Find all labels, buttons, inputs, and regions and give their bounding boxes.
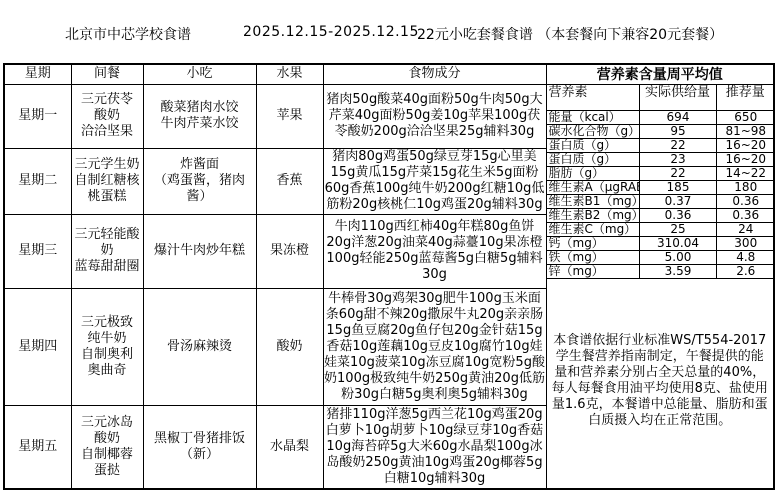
menu-cell-snack-drink: 三元冰岛 酸奶 自制椰蓉 蛋挞 — [71, 405, 143, 489]
weekly-menu-table: 星期 间餐 小吃 水果 食物成分 营养素含量周平均值 营养素 实际供给量 推荐量… — [3, 63, 775, 490]
recommended-value: 0.36 — [717, 194, 775, 208]
nutrient-label: 维生素C（mg） — [547, 222, 640, 236]
page-caption: 北京市中芯学校食谱 2025.12.15-2025.12.15 22元小吃套餐食… — [0, 24, 776, 42]
actual-value: 22 — [640, 138, 717, 152]
menu-cell-snack-drink: 三元学生奶 自制红糖核 桃蛋糕 — [71, 148, 143, 214]
recommended-value: 2.6 — [717, 264, 775, 278]
nutrition-row: 脂肪（g）2214~22 — [547, 166, 775, 180]
nutrition-note: 本食谱依据行业标准WS/T554-2017学生餐营养指南制定，午餐提供的能量和营… — [547, 333, 774, 429]
menu-cell-day: 星期四 — [4, 288, 71, 405]
menu-cell-day: 星期二 — [4, 148, 71, 214]
actual-col-header: 实际供给量 — [640, 85, 717, 110]
header-snack: 小吃 — [143, 64, 256, 84]
recommended-value: 14~22 — [717, 166, 775, 180]
nutrient-label: 脂肪（g） — [547, 166, 640, 180]
nutrient-label: 维生素A（μgRAE） — [547, 180, 640, 194]
nutrition-row: 维生素C（mg）2524 — [547, 222, 775, 236]
actual-value: 95 — [640, 124, 717, 138]
menu-cell-day: 星期三 — [4, 214, 71, 288]
menu-cell-snack-drink: 三元极致 纯牛奶 自制奥利 奥曲奇 — [71, 288, 143, 405]
recommended-value: 24 — [717, 222, 775, 236]
menu-header-row: 星期 间餐 小吃 水果 食物成分 营养素含量周平均值 营养素 实际供给量 推荐量… — [4, 64, 774, 84]
nutrition-header-row: 营养素 实际供给量 推荐量 — [547, 85, 775, 110]
nutrition-row: 维生素A（μgRAE）185180 — [547, 180, 775, 194]
menu-cell-ingredients: 牛肉110g西红柿40g年糕80g鱼饼20g洋葱20g油菜40g蒜薹10g果冻橙… — [323, 214, 546, 288]
menu-cell-snack-drink: 三元轻能酸 奶 蓝莓甜甜圈 — [71, 214, 143, 288]
header-ingredients: 食物成分 — [323, 64, 546, 84]
nutrient-label: 碳水化合物（g） — [547, 124, 640, 138]
actual-value: 694 — [640, 110, 717, 124]
menu-cell-fruit: 苹果 — [256, 84, 323, 148]
header-fruit: 水果 — [256, 64, 323, 84]
nutrition-row: 铁（mg）5.004.8 — [547, 250, 775, 264]
menu-cell-day: 星期一 — [4, 84, 71, 148]
nutrient-label: 铁（mg） — [547, 250, 640, 264]
actual-value: 185 — [640, 180, 717, 194]
school-title: 北京市中芯学校食谱 — [65, 24, 191, 44]
menu-cell-snack: 爆汁牛肉炒年糕 — [143, 214, 256, 288]
actual-value: 0.37 — [640, 194, 717, 208]
menu-cell-fruit: 果冻橙 — [256, 214, 323, 288]
menu-cell-snack: 黑椒丁骨猪排饭 （新） — [143, 405, 256, 489]
recommended-value: 16~20 — [717, 138, 775, 152]
nutrient-label: 维生素B2（mg） — [547, 208, 640, 222]
actual-value: 5.00 — [640, 250, 717, 264]
nutrition-panel: 营养素含量周平均值 营养素 实际供给量 推荐量 能量（kcal）694650 碳… — [546, 64, 774, 489]
nutrient-label: 锌（mg） — [547, 264, 640, 278]
menu-cell-snack: 炸酱面 （鸡蛋酱，猪肉 酱） — [143, 148, 256, 214]
menu-cell-day: 星期五 — [4, 405, 71, 489]
nutrient-label: 能量（kcal） — [547, 110, 640, 124]
menu-cell-snack: 骨汤麻辣烫 — [143, 288, 256, 405]
recommended-value: 4.8 — [717, 250, 775, 264]
menu-cell-ingredients: 猪排110g洋葱5g西兰花10g鸡蛋20g白萝卜10g胡萝卜10g绿豆芽10g香… — [323, 405, 546, 489]
menu-cell-fruit: 香蕉 — [256, 148, 323, 214]
nutrition-panel-title: 营养素含量周平均值 — [547, 65, 774, 85]
menu-cell-ingredients: 猪肉80g鸡蛋50g绿豆芽15g心里美15g黄瓜15g芹菜15g花生米5g面粉6… — [323, 148, 546, 214]
nutrition-row: 蛋白质（g）2216~20 — [547, 138, 775, 152]
menu-cell-ingredients: 牛棒骨30g鸡架30g肥牛100g玉米面条60g甜不辣20g撒尿牛丸20g亲亲肠… — [323, 288, 546, 405]
nutrition-table: 营养素 实际供给量 推荐量 能量（kcal）694650 碳水化合物（g）958… — [547, 85, 775, 279]
actual-value: 3.59 — [640, 264, 717, 278]
recommended-value: 81~98 — [717, 124, 775, 138]
actual-value: 0.36 — [640, 208, 717, 222]
recommended-value: 0.36 — [717, 208, 775, 222]
menu-cell-ingredients: 猪肉50g酸菜40g面粉50g牛肉50g大芹菜40g面粉50g姜10g苹果100… — [323, 84, 546, 148]
nutrient-label: 维生素B1（mg） — [547, 194, 640, 208]
nutrition-row: 蛋白质（g）2316~20 — [547, 152, 775, 166]
recommended-value: 180 — [717, 180, 775, 194]
menu-cell-fruit: 水晶梨 — [256, 405, 323, 489]
recommended-value: 650 — [717, 110, 775, 124]
header-day: 星期 — [4, 64, 71, 84]
nutrition-row: 锌（mg）3.592.6 — [547, 264, 775, 278]
menu-cell-snack-drink: 三元茯苓 酸奶 洽洽坚果 — [71, 84, 143, 148]
actual-value: 23 — [640, 152, 717, 166]
nutrient-label: 蛋白质（g） — [547, 138, 640, 152]
recommended-value: 300 — [717, 236, 775, 250]
nutrition-row: 钙（mg）310.04300 — [547, 236, 775, 250]
actual-value: 25 — [640, 222, 717, 236]
nutrient-label: 蛋白质（g） — [547, 152, 640, 166]
nutrition-row: 能量（kcal）694650 — [547, 110, 775, 124]
actual-value: 22 — [640, 166, 717, 180]
menu-cell-fruit: 酸奶 — [256, 288, 323, 405]
nutrition-row: 维生素B2（mg）0.360.36 — [547, 208, 775, 222]
menu-cell-snack: 酸菜猪肉水饺 牛肉芹菜水饺 — [143, 84, 256, 148]
nutrition-row: 碳水化合物（g）9581~98 — [547, 124, 775, 138]
recommended-value: 16~20 — [717, 152, 775, 166]
nutrition-row: 维生素B1（mg）0.370.36 — [547, 194, 775, 208]
nutrient-col-header: 营养素 — [547, 85, 640, 110]
header-snack-drink: 间餐 — [71, 64, 143, 84]
actual-value: 310.04 — [640, 236, 717, 250]
recommended-col-header: 推荐量 — [717, 85, 775, 110]
date-range: 2025.12.15-2025.12.15 — [243, 24, 419, 40]
menu-subtitle: 22元小吃套餐食谱 （本套餐向下兼容20元套餐） — [417, 24, 723, 44]
nutrient-label: 钙（mg） — [547, 236, 640, 250]
